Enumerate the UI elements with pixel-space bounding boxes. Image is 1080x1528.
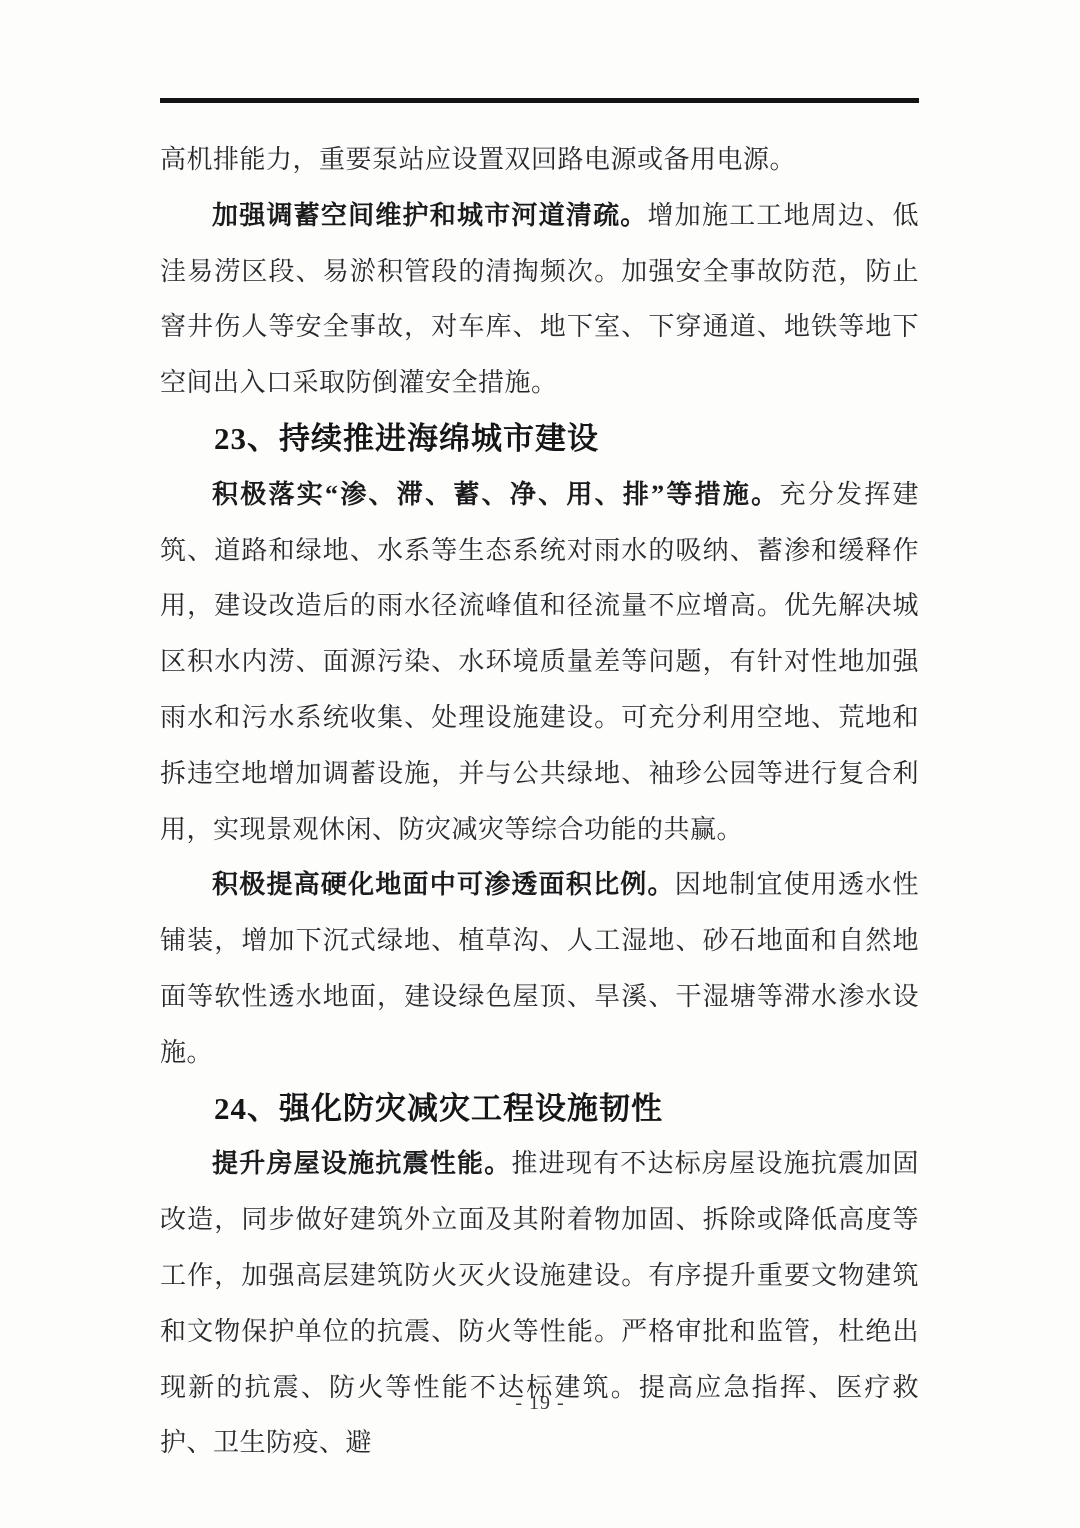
paragraph-lead: 积极提高硬化地面中可渗透面积比例。	[212, 870, 675, 899]
paragraph-dredging: 加强调蓄空间维护和城市河道清疏。增加施工工地周边、低洼易涝区段、易淤积管段的清掏…	[160, 188, 919, 411]
section-heading-24: 24、强化防灾减灾工程设施韧性	[160, 1081, 919, 1137]
section-heading-23: 23、持续推进海绵城市建设	[160, 411, 919, 467]
paragraph-lead: 提升房屋设施抗震性能。	[212, 1149, 511, 1178]
paragraph-text: 因地制宜使用透水性铺装，增加下沉式绿地、植草沟、人工湿地、砂石地面和自然地面等软…	[160, 870, 919, 1066]
paragraph-text: 增加施工工地周边、低洼易涝区段、易淤积管段的清掏频次。加强安全事故防范，防止窨井…	[160, 201, 919, 397]
page-content: 高机排能力，重要泵站应设置双回路电源或备用电源。 加强调蓄空间维护和城市河道清疏…	[160, 0, 919, 1471]
paragraph-text: 高机排能力，重要泵站应设置双回路电源或备用电源。	[160, 145, 796, 174]
paragraph-lead: 积极落实“渗、滞、蓄、净、用、排”等措施。	[212, 480, 779, 509]
paragraph-lead: 加强调蓄空间维护和城市河道清疏。	[212, 201, 648, 230]
paragraph-permeable-area: 积极提高硬化地面中可渗透面积比例。因地制宜使用透水性铺装，增加下沉式绿地、植草沟…	[160, 857, 919, 1080]
paragraph-seismic: 提升房屋设施抗震性能。推进现有不达标房屋设施抗震加固改造，同步做好建筑外立面及其…	[160, 1136, 919, 1471]
paragraph-continuation: 高机排能力，重要泵站应设置双回路电源或备用电源。	[160, 132, 919, 188]
paragraph-sponge-measures: 积极落实“渗、滞、蓄、净、用、排”等措施。充分发挥建筑、道路和绿地、水系等生态系…	[160, 467, 919, 858]
page-number: - 19 -	[0, 1392, 1080, 1415]
paragraph-text: 充分发挥建筑、道路和绿地、水系等生态系统对雨水的吸纳、蓄渗和缓释作用，建设改造后…	[160, 480, 919, 844]
document-page: 高机排能力，重要泵站应设置双回路电源或备用电源。 加强调蓄空间维护和城市河道清疏…	[0, 0, 1080, 1528]
